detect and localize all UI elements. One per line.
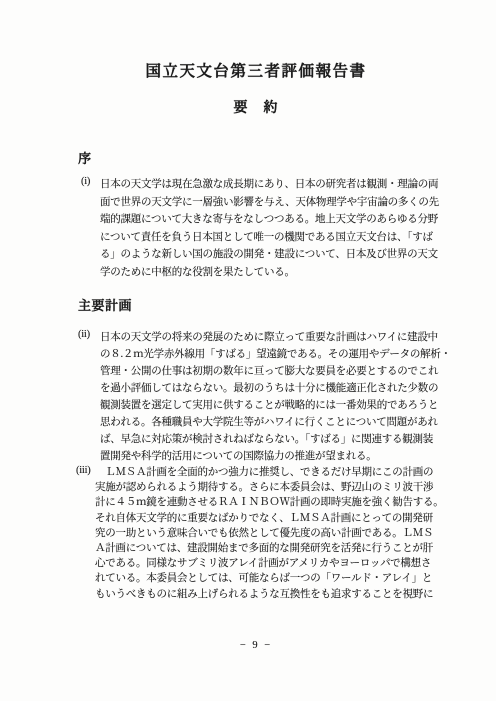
paragraph-iii-text: ＬＭＳＡ計画を全面的かつ強力に推奨し、できるだけ早期にこの計画の実施が認められる… xyxy=(95,465,444,602)
summary-heading: 要 約 xyxy=(16,97,496,117)
report-title: 国立天文台第三者評価報告書 xyxy=(16,59,496,81)
paragraph-ii-text: 日本の天文学の将来の発展のために際立って重要な計画はハワイに建設中の８.２ｍ光学… xyxy=(100,329,451,465)
item-marker-i: (i) xyxy=(81,176,90,187)
paragraph-item-iii: (iii) ＬＭＳＡ計画を全面的かつ強力に推奨し、できるだけ早期にこの計画の実施… xyxy=(76,465,444,602)
paragraph-item-i: (i) 日本の天文学は現在急激な成長期にあり、日本の研究者は観測・理論の両面で世… xyxy=(81,176,439,282)
paragraph-item-ii: (ii) 日本の天文学の将来の発展のために際立って重要な計画はハワイに建設中の８… xyxy=(78,329,451,465)
section-heading-preface: 序 xyxy=(78,148,92,167)
item-marker-ii: (ii) xyxy=(78,329,90,340)
document-page: 国立天文台第三者評価報告書 要 約 序 (i) 日本の天文学は現在急激な成長期に… xyxy=(0,0,496,701)
paragraph-i-text: 日本の天文学は現在急激な成長期にあり、日本の研究者は観測・理論の両面で世界の天文… xyxy=(100,176,439,282)
section-heading-main-plans: 主要計画 xyxy=(78,295,132,314)
page-number: − 9 − xyxy=(16,640,496,651)
item-marker-iii: (iii) xyxy=(76,465,91,476)
